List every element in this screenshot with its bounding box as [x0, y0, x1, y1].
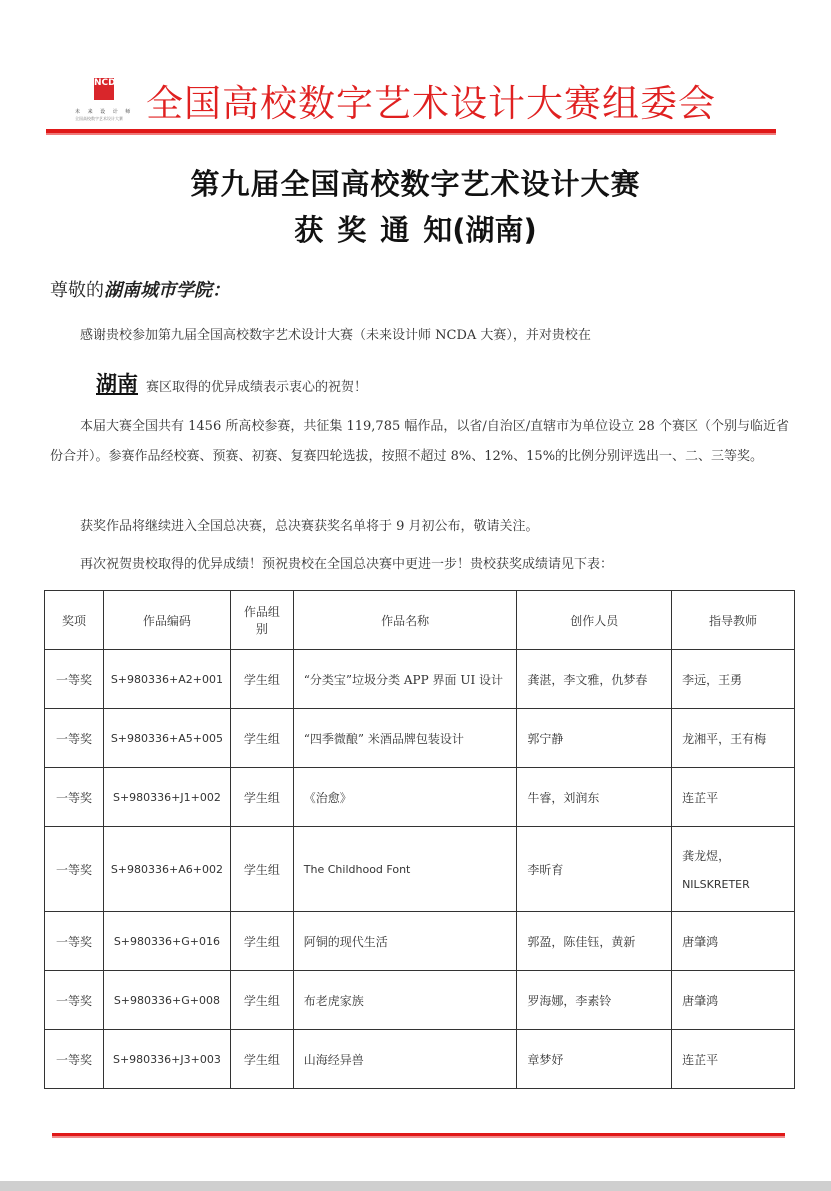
cell-award: 一等奖 [45, 1030, 104, 1089]
cell-group: 学生组 [230, 650, 293, 709]
cell-code: S+980336+A2+001 [103, 650, 230, 709]
header-award: 奖项 [45, 591, 104, 650]
header-mentors: 指导教师 [672, 591, 795, 650]
cell-code: S+980336+A5+005 [103, 709, 230, 768]
cell-award: 一等奖 [45, 650, 104, 709]
cell-mentors: 龙湘平，王有梅 [672, 709, 795, 768]
cell-mentors: 李远，王勇 [672, 650, 795, 709]
paragraph-thanks: 感谢贵校参加第九届全国高校数字艺术设计大赛（未来设计师 NCDA 大赛），并对贵… [50, 321, 792, 351]
cell-award: 一等奖 [45, 768, 104, 827]
cell-creators: 章梦妤 [517, 1030, 672, 1089]
document-subtitle: 获奖通知(湖南) [0, 208, 831, 249]
paragraph-congrats: 湖南赛区取得的优异成绩表示衷心的祝贺！ [96, 369, 831, 403]
cell-mentors: 唐肇鸿 [672, 912, 795, 971]
paragraph-stats: 本届大赛全国共有 1456 所高校参赛，共征集 119,785 幅作品，以省/自… [50, 412, 792, 472]
cell-creators: 牛睿，刘润东 [517, 768, 672, 827]
table-row: 一等奖 S+980336+A6+002 学生组 The Childhood Fo… [45, 827, 795, 912]
cell-mentors: 连芷平 [672, 1030, 795, 1089]
cell-title: The Childhood Font [293, 827, 517, 912]
footer-divider-shadow [52, 1136, 785, 1138]
table-row: 一等奖 S+980336+J3+003 学生组 山海经异兽 章梦妤 连芷平 [45, 1030, 795, 1089]
cell-award: 一等奖 [45, 971, 104, 1030]
header-group: 作品组别 [230, 591, 293, 650]
table-row: 一等奖 S+980336+A5+005 学生组 “四季微酿” 米酒品牌包装设计 … [45, 709, 795, 768]
document-title: 第九届全国高校数字艺术设计大赛 [0, 162, 831, 203]
cell-award: 一等奖 [45, 912, 104, 971]
header-title: 作品名称 [293, 591, 517, 650]
letterhead: NCDA 未 来 设 计 师 全国高校数字艺术设计大赛 全国高校数字艺术设计大赛… [70, 74, 790, 134]
cell-award: 一等奖 [45, 709, 104, 768]
logo-caption: 全国高校数字艺术设计大赛 [75, 116, 123, 122]
region-name: 湖南 [96, 372, 138, 396]
awards-table: 奖项 作品编码 作品组别 作品名称 创作人员 指导教师 一等奖 S+980336… [44, 590, 795, 1089]
header-creators: 创作人员 [517, 591, 672, 650]
header-code: 作品编码 [103, 591, 230, 650]
subtitle-region: 知(湖南) [423, 213, 537, 247]
salutation-prefix: 尊敬的 [50, 280, 104, 301]
paragraph-finals: 获奖作品将继续进入全国总决赛，总决赛获奖名单将于 9 月初公布，敬请关注。 [50, 512, 792, 542]
mentor-line-1: 龚龙煜， [682, 849, 730, 863]
subtitle-spaced: 获奖通 [294, 213, 423, 247]
cell-mentors: 唐肇鸿 [672, 971, 795, 1030]
header-divider-shadow [46, 133, 776, 135]
cell-award: 一等奖 [45, 827, 104, 912]
table-row: 一等奖 S+980336+G+008 学生组 布老虎家族 罗海娜，李素铃 唐肇鸿 [45, 971, 795, 1030]
cell-code: S+980336+J3+003 [103, 1030, 230, 1089]
logo-mark-icon: NCDA [94, 78, 114, 100]
organization-name: 全国高校数字艺术设计大赛组委会 [146, 82, 716, 126]
congrats-text: 赛区取得的优异成绩表示衷心的祝贺！ [146, 380, 367, 395]
cell-creators: 罗海娜，李素铃 [517, 971, 672, 1030]
table-row: 一等奖 S+980336+J1+002 学生组 《治愈》 牛睿，刘润东 连芷平 [45, 768, 795, 827]
school-name: 湖南城市学院 [104, 280, 212, 301]
cell-creators: 龚湛，李文雅，仇梦春 [517, 650, 672, 709]
cell-group: 学生组 [230, 768, 293, 827]
cell-title: 布老虎家族 [293, 971, 517, 1030]
cell-code: S+980336+J1+002 [103, 768, 230, 827]
cell-creators: 李昕育 [517, 827, 672, 912]
cell-group: 学生组 [230, 1030, 293, 1089]
paragraph-closing: 再次祝贺贵校取得的优异成绩！预祝贵校在全国总决赛中更进一步！贵校获奖成绩请见下表… [50, 550, 792, 580]
cell-title: 《治愈》 [293, 768, 517, 827]
cell-title: “分类宝”垃圾分类 APP 界面 UI 设计 [293, 650, 517, 709]
salutation: 尊敬的湖南城市学院： [50, 276, 230, 302]
cell-group: 学生组 [230, 912, 293, 971]
cell-mentors: 龚龙煜，NILSKRETER [672, 827, 795, 912]
cell-group: 学生组 [230, 827, 293, 912]
cell-group: 学生组 [230, 709, 293, 768]
table-row: 一等奖 S+980336+A2+001 学生组 “分类宝”垃圾分类 APP 界面… [45, 650, 795, 709]
cell-creators: 郭盈，陈佳钰，黄新 [517, 912, 672, 971]
cell-code: S+980336+G+008 [103, 971, 230, 1030]
cell-creators: 郭宁静 [517, 709, 672, 768]
table-row: 一等奖 S+980336+G+016 学生组 阿铜的现代生活 郭盈，陈佳钰，黄新… [45, 912, 795, 971]
cell-title: 山海经异兽 [293, 1030, 517, 1089]
cell-group: 学生组 [230, 971, 293, 1030]
cell-title: “四季微酿” 米酒品牌包装设计 [293, 709, 517, 768]
cell-code: S+980336+A6+002 [103, 827, 230, 912]
page-bottom-edge [0, 1181, 831, 1191]
cell-code: S+980336+G+016 [103, 912, 230, 971]
cell-title: 阿铜的现代生活 [293, 912, 517, 971]
ncda-logo: NCDA 未 来 设 计 师 全国高校数字艺术设计大赛 [70, 74, 118, 134]
cell-mentors: 连芷平 [672, 768, 795, 827]
salutation-colon: ： [212, 280, 230, 301]
logo-subtitle: 未 来 设 计 师 [75, 108, 133, 115]
table-header-row: 奖项 作品编码 作品组别 作品名称 创作人员 指导教师 [45, 591, 795, 650]
mentor-line-2: NILSKRETER [682, 878, 784, 891]
